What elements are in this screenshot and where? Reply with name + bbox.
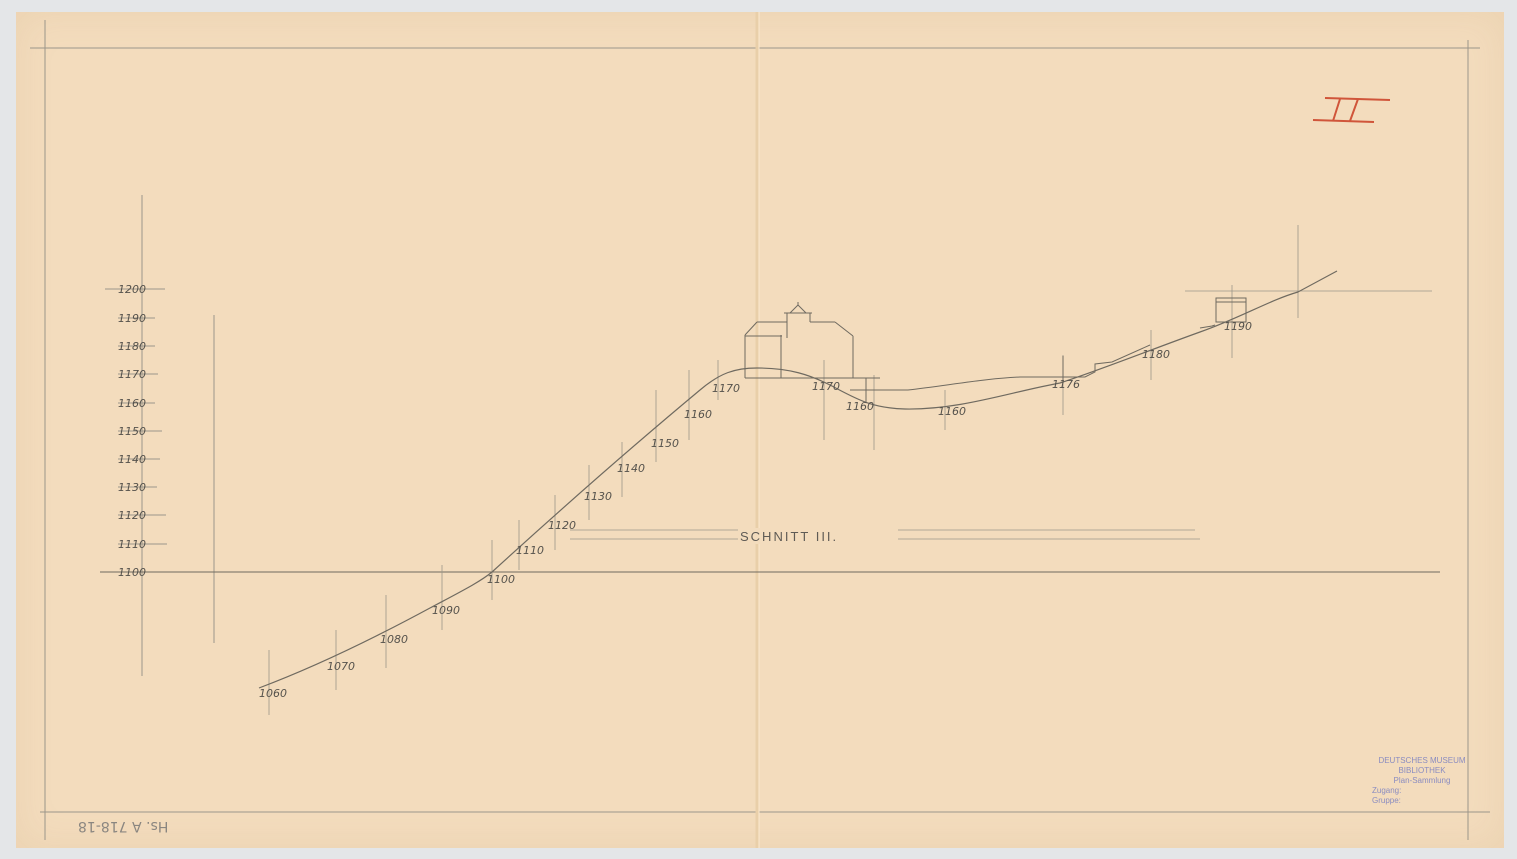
svg-text:1160: 1160 xyxy=(684,408,712,421)
svg-text:1170: 1170 xyxy=(812,380,840,393)
station-ticks xyxy=(269,225,1432,715)
svg-text:1130: 1130 xyxy=(584,490,612,503)
svg-text:1120: 1120 xyxy=(118,509,146,522)
svg-text:1130: 1130 xyxy=(118,481,146,494)
svg-text:1070: 1070 xyxy=(327,660,355,673)
sheet-number-mark xyxy=(1313,98,1390,122)
elevation-scale xyxy=(100,195,1440,676)
svg-text:1060: 1060 xyxy=(259,687,287,700)
svg-text:1160: 1160 xyxy=(118,397,146,410)
svg-text:1140: 1140 xyxy=(617,462,645,475)
svg-text:1180: 1180 xyxy=(1142,348,1170,361)
svg-text:1080: 1080 xyxy=(380,633,408,646)
svg-text:1160: 1160 xyxy=(938,405,966,418)
stamp-line: DEUTSCHES MUSEUM xyxy=(1362,756,1482,766)
svg-text:1200: 1200 xyxy=(118,283,146,296)
svg-text:1180: 1180 xyxy=(118,340,146,353)
stamp-line: Gruppe: xyxy=(1362,796,1482,806)
stamp-line: Plan-Sammlung xyxy=(1362,776,1482,786)
svg-text:1090: 1090 xyxy=(432,604,460,617)
svg-text:1140: 1140 xyxy=(118,453,146,466)
svg-text:1170: 1170 xyxy=(712,382,740,395)
svg-text:1110: 1110 xyxy=(118,538,146,551)
small-structure xyxy=(1063,298,1246,382)
border-frame xyxy=(30,12,1490,848)
stamp-line: Zugang: xyxy=(1362,786,1482,796)
svg-text:1190: 1190 xyxy=(1224,320,1252,333)
svg-text:1170: 1170 xyxy=(118,368,146,381)
svg-text:1150: 1150 xyxy=(651,437,679,450)
svg-text:1100: 1100 xyxy=(118,566,146,579)
shelfmark: Hs. A 718-18 xyxy=(78,818,168,834)
svg-text:1120: 1120 xyxy=(548,519,576,532)
section-title: SCHNITT III. xyxy=(740,529,838,544)
svg-text:1160: 1160 xyxy=(846,400,874,413)
profile-drawing: 1060 1070 1080 1090 1100 1110 1120 1130 … xyxy=(0,0,1517,859)
svg-text:1190: 1190 xyxy=(118,312,146,325)
stamp-line: BIBLIOTHEK xyxy=(1362,766,1482,776)
library-stamp: DEUTSCHES MUSEUM BIBLIOTHEK Plan-Sammlun… xyxy=(1362,756,1482,806)
svg-text:1176: 1176 xyxy=(1052,378,1080,391)
svg-text:1150: 1150 xyxy=(118,425,146,438)
svg-text:1100: 1100 xyxy=(487,573,515,586)
svg-text:1110: 1110 xyxy=(516,544,544,557)
terrain-profile-line xyxy=(259,271,1337,688)
